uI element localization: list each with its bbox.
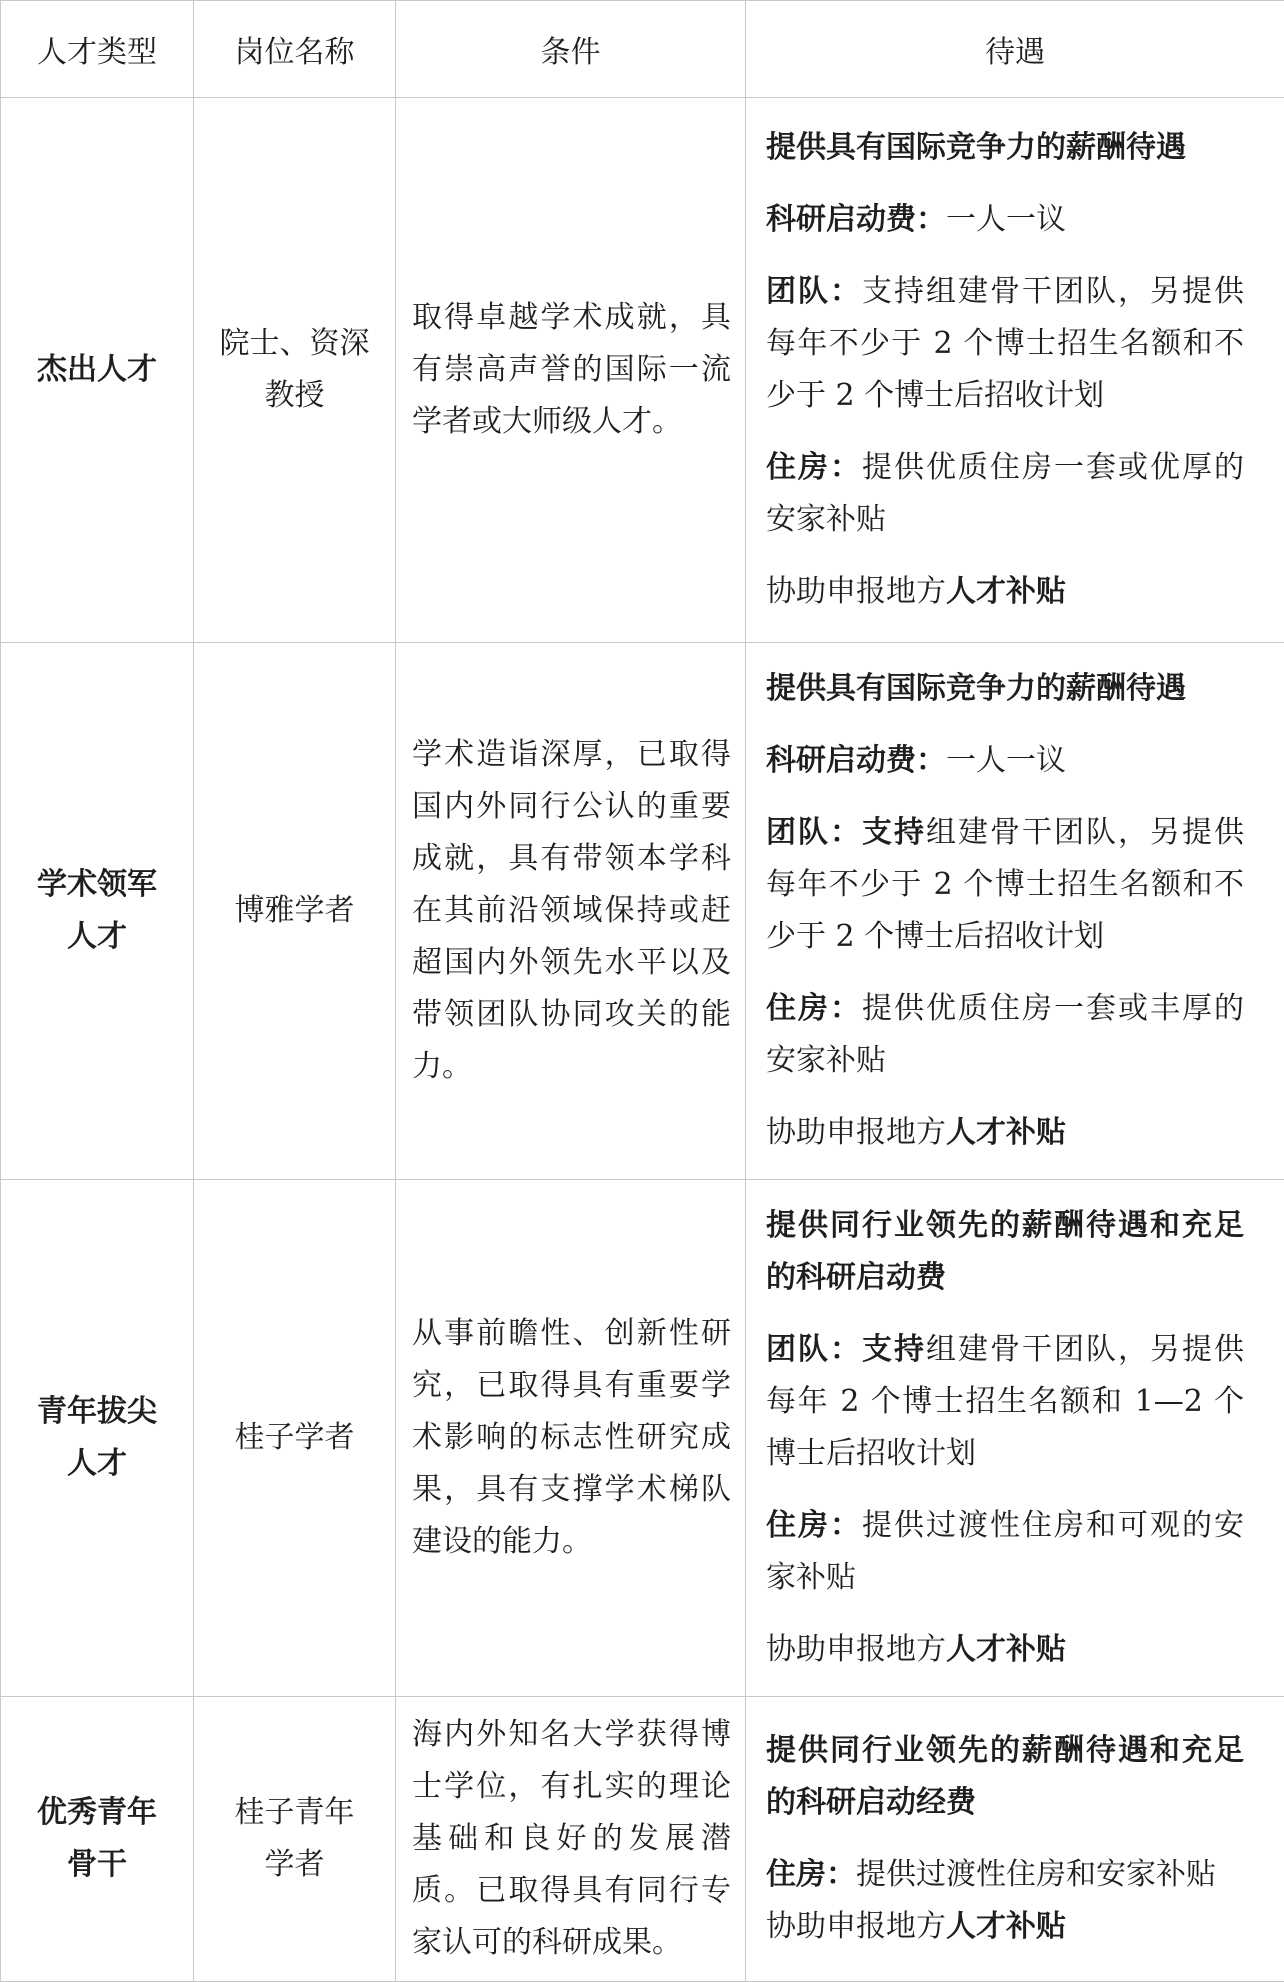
benefit-paragraph: 科研启动费：一人一议	[766, 194, 1244, 246]
talent-type-cell: 学术领军 人才	[1, 643, 194, 1180]
benefit-text-run: 协助申报地方	[766, 574, 946, 609]
header-row: 人才类型 岗位名称 条件 待遇	[1, 1, 1284, 98]
benefit-text-run: 一人一议	[946, 743, 1066, 778]
table-row: 杰出人才 院士、资深 教授 取得卓越学术成就，具有崇高声誉的国际一流学者或大师级…	[1, 98, 1284, 643]
benefit-text-run: 人才补贴	[946, 1115, 1066, 1150]
benefit-text-run: 一人一议	[946, 202, 1066, 237]
benefit-text-run: 住房：	[766, 1508, 862, 1543]
header-conditions: 条件	[396, 1, 746, 98]
benefit-paragraph: 科研启动费：一人一议	[766, 735, 1244, 787]
benefit-text-run: 住房：	[766, 991, 862, 1026]
benefit-paragraph: 协助申报地方人才补贴	[766, 1107, 1244, 1159]
benefit-paragraph: 协助申报地方人才补贴	[766, 1624, 1244, 1676]
benefit-paragraph: 提供同行业领先的薪酬待遇和充足的科研启动经费	[766, 1725, 1244, 1829]
header-benefits: 待遇	[746, 1, 1284, 98]
benefit-paragraph: 住房：提供优质住房一套或优厚的安家补贴	[766, 442, 1244, 546]
benefit-paragraph: 提供具有国际竞争力的薪酬待遇	[766, 122, 1244, 174]
header-talent-type: 人才类型	[1, 1, 194, 98]
benefits-cell: 提供同行业领先的薪酬待遇和充足的科研启动费团队：支持组建骨干团队，另提供每年 2…	[746, 1180, 1284, 1697]
benefit-paragraph: 住房：提供优质住房一套或丰厚的安家补贴	[766, 983, 1244, 1087]
table-row: 学术领军 人才 博雅学者 学术造诣深厚，已取得国内外同行公认的重要成就，具有带领…	[1, 643, 1284, 1180]
benefits-cell: 提供具有国际竞争力的薪酬待遇科研启动费：一人一议团队：支持组建骨干团队，另提供每…	[746, 643, 1284, 1180]
benefit-paragraph: 提供同行业领先的薪酬待遇和充足的科研启动费	[766, 1200, 1244, 1304]
talent-type-cell: 杰出人才	[1, 98, 194, 643]
benefit-paragraph: 住房：提供过渡性住房和可观的安家补贴	[766, 1500, 1244, 1604]
benefit-text-run: 住房：	[766, 1857, 856, 1892]
table-row: 优秀青年 骨干 桂子青年 学者 海内外知名大学获得博士学位，有扎实的理论基础和良…	[1, 1697, 1284, 1982]
header-position-name: 岗位名称	[194, 1, 396, 98]
benefit-paragraph: 团队：支持组建骨干团队，另提供每年 2 个博士招生名额和 1—2 个博士后招收计…	[766, 1324, 1244, 1480]
position-cell: 桂子学者	[194, 1180, 396, 1697]
benefits-cell: 提供具有国际竞争力的薪酬待遇科研启动费：一人一议团队：支持组建骨干团队，另提供每…	[746, 98, 1284, 643]
benefit-text-run: 人才补贴	[946, 574, 1066, 609]
benefit-text-run: 团队：支持	[766, 1332, 926, 1367]
benefit-text-run: 提供具有国际竞争力的薪酬待遇	[766, 130, 1186, 165]
benefit-text-run: 人才补贴	[946, 1909, 1066, 1944]
benefit-text-run: 住房：	[766, 450, 862, 485]
condition-cell: 学术造诣深厚，已取得国内外同行公认的重要成就，具有带领本学科在其前沿领域保持或赶…	[396, 643, 746, 1180]
condition-cell: 从事前瞻性、创新性研究，已取得具有重要学术影响的标志性研究成果，具有支撑学术梯队…	[396, 1180, 746, 1697]
benefit-text-run: 科研启动费：	[766, 743, 946, 778]
benefit-text-run: 团队：	[766, 274, 862, 309]
talent-type-cell: 优秀青年 骨干	[1, 1697, 194, 1982]
condition-cell: 取得卓越学术成就，具有崇高声誉的国际一流学者或大师级人才。	[396, 98, 746, 643]
benefit-paragraph: 团队：支持组建骨干团队，另提供每年不少于 2 个博士招生名额和不少于 2 个博士…	[766, 266, 1244, 422]
benefit-text-run: 提供同行业领先的薪酬待遇和充足的科研启动费	[766, 1208, 1244, 1295]
benefit-paragraph: 协助申报地方人才补贴	[766, 566, 1244, 618]
talent-recruitment-table: 人才类型 岗位名称 条件 待遇 杰出人才 院士、资深 教授 取得卓越学术成就，具…	[0, 0, 1284, 1982]
table-row: 青年拔尖 人才 桂子学者 从事前瞻性、创新性研究，已取得具有重要学术影响的标志性…	[1, 1180, 1284, 1697]
benefit-paragraph: 团队：支持组建骨干团队，另提供每年不少于 2 个博士招生名额和不少于 2 个博士…	[766, 807, 1244, 963]
benefit-text-run: 团队：支持	[766, 815, 926, 850]
benefit-text-run: 协助申报地方	[766, 1632, 946, 1667]
position-cell: 院士、资深 教授	[194, 98, 396, 643]
benefit-text-run: 科研启动费：	[766, 202, 946, 237]
condition-cell: 海内外知名大学获得博士学位，有扎实的理论基础和良好的发展潜质。已取得具有同行专家…	[396, 1697, 746, 1982]
position-cell: 博雅学者	[194, 643, 396, 1180]
benefit-text-run: 提供同行业领先的薪酬待遇和充足的科研启动经费	[766, 1733, 1244, 1820]
benefit-text-run: 人才补贴	[946, 1632, 1066, 1667]
benefit-paragraph: 提供具有国际竞争力的薪酬待遇	[766, 663, 1244, 715]
position-cell: 桂子青年 学者	[194, 1697, 396, 1982]
benefits-cell: 提供同行业领先的薪酬待遇和充足的科研启动经费住房：提供过渡性住房和安家补贴 协助…	[746, 1697, 1284, 1982]
talent-type-cell: 青年拔尖 人才	[1, 1180, 194, 1697]
benefit-text-run: 协助申报地方	[766, 1115, 946, 1150]
benefit-text-run: 提供具有国际竞争力的薪酬待遇	[766, 671, 1186, 706]
benefit-paragraph: 住房：提供过渡性住房和安家补贴 协助申报地方人才补贴	[766, 1849, 1244, 1953]
